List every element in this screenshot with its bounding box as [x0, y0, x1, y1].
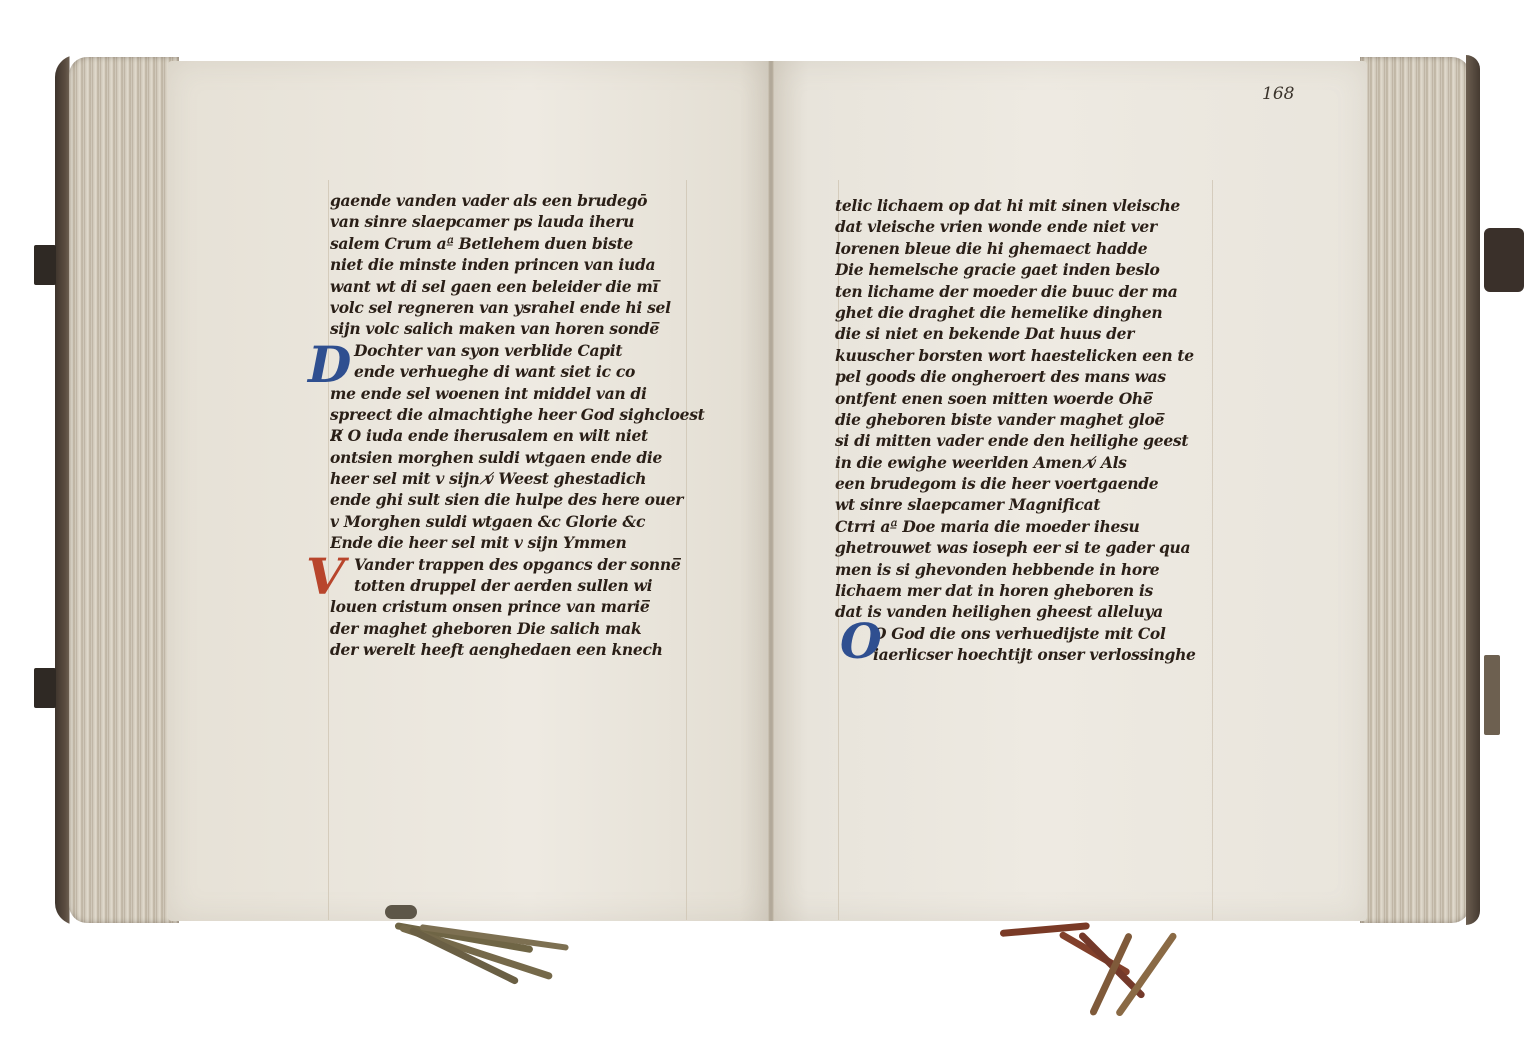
text-line: der maghet gheboren Die salich mak	[330, 618, 715, 639]
text-line: heer sel mit v sijn v̸ Weest ghestadich	[330, 468, 715, 489]
text-line: v Morghen suldi wtgaen &c Glorie &c	[330, 511, 715, 532]
folio-number: 168	[1262, 84, 1294, 104]
text-line: die si niet en bekende Dat huus der	[835, 323, 1220, 344]
text-line: van sinre slaepcamer ps lauda iheru	[330, 211, 715, 232]
text-line: Dochter van syon verblide Capit	[330, 340, 715, 361]
left-clasp-bottom	[34, 668, 56, 708]
initial-red-v: V	[306, 552, 345, 602]
right-clasp-strap	[1484, 655, 1500, 735]
text-line: een brudegom is die heer voertgaende	[835, 473, 1220, 494]
text-line: pel goods die ongheroert des mans was	[835, 366, 1220, 387]
text-line: iaerlicser hoechtijt onser verlossinghe	[835, 644, 1220, 665]
text-line: gaende vanden vader als een brudegō	[330, 190, 715, 211]
text-line: ghet die draghet die hemelike dinghen	[835, 302, 1220, 323]
text-line: si di mitten vader ende den heilighe gee…	[835, 430, 1220, 451]
text-line: louen cristum onsen prince van marie̅	[330, 596, 715, 617]
text-line: Ctrri aª Doe maria die moeder ihesu	[835, 516, 1220, 537]
left-clasp-top	[34, 245, 56, 285]
text-line: kuuscher borsten wort haestelicken een t…	[835, 345, 1220, 366]
text-line: dat vleische vrien wonde ende niet ver	[835, 216, 1220, 237]
right-text-column: telic lichaem op dat hi mit sinen vleisc…	[835, 195, 1220, 666]
text-line: ontfent enen soen mitten woerde Ohe̅	[835, 388, 1220, 409]
text-line: ontsien morghen suldi wtgaen ende die	[330, 447, 715, 468]
text-line: die gheboren biste vander maghet gloe̅	[835, 409, 1220, 430]
text-line: spreect die almachtighe heer God sighclo…	[330, 404, 715, 425]
text-line: salem Crum aª Betlehem duen biste	[330, 233, 715, 254]
gutter-binding	[768, 61, 774, 921]
text-line: ten lichame der moeder die buuc der ma	[835, 281, 1220, 302]
text-line: dat is vanden heilighen gheest alleluya	[835, 601, 1220, 622]
text-line: me ende sel woenen int middel van di	[330, 383, 715, 404]
text-line: ghetrouwet was ioseph eer si te gader qu…	[835, 537, 1220, 558]
text-line: R̸ O iuda ende iherusalem en wilt niet	[330, 425, 715, 446]
text-line: Vander trappen des opgancs der sonne̅	[330, 554, 715, 575]
left-page-stack	[69, 57, 179, 923]
initial-blue-o: O	[840, 618, 882, 666]
text-line: ende ghi sult sien die hulpe des here ou…	[330, 489, 715, 510]
text-line: want wt di sel gaen een beleider die mi̅	[330, 276, 715, 297]
right-page-stack	[1360, 57, 1470, 923]
text-line: der werelt heeft aenghedaen een knech	[330, 639, 715, 660]
text-line: O God die ons verhuedijste mit Col	[835, 623, 1220, 644]
text-line: sijn volc salich maken van horen sonde̅	[330, 318, 715, 339]
text-line: Die hemelsche gracie gaet inden beslo	[835, 259, 1220, 280]
initial-blue-d: D	[308, 340, 351, 390]
text-line: wt sinre slaepcamer Magnificat	[835, 494, 1220, 515]
right-clasp	[1484, 228, 1524, 292]
text-line: niet die minste inden princen van iuda	[330, 254, 715, 275]
text-line: Ende die heer sel mit v sijn Ymmen	[330, 532, 715, 553]
text-line: in die ewighe weerlden Amen v̸ Als	[835, 452, 1220, 473]
text-line: lichaem mer dat in horen gheboren is	[835, 580, 1220, 601]
text-line: lorenen bleue die hi ghemaect hadde	[835, 238, 1220, 259]
right-cover-edge	[1466, 55, 1480, 925]
text-line: men is si ghevonden hebbende in hore	[835, 559, 1220, 580]
text-line: volc sel regneren van ysrahel ende hi se…	[330, 297, 715, 318]
text-line: totten druppel der aerden sullen wi	[330, 575, 715, 596]
text-line: telic lichaem op dat hi mit sinen vleisc…	[835, 195, 1220, 216]
left-text-column: gaende vanden vader als een brudegō van …	[330, 190, 715, 661]
text-line: ende verhueghe di want siet ic co	[330, 361, 715, 382]
